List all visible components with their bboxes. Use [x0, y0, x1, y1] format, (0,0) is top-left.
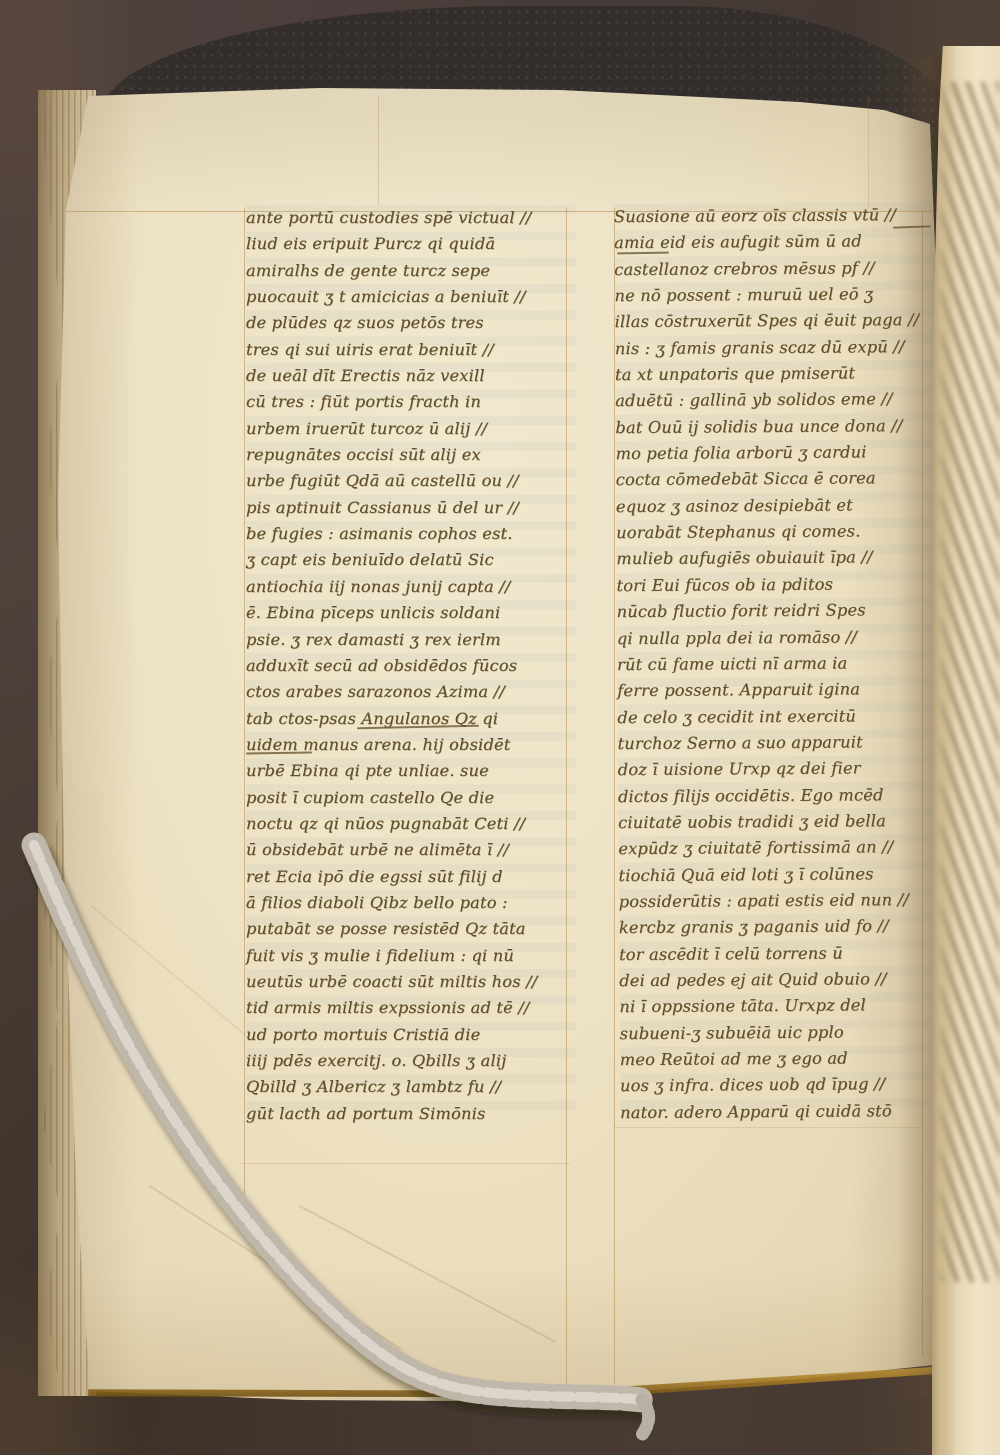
manuscript-text-line: cocta cōmedebāt Sicca ē corea: [616, 465, 934, 494]
ruling-line-vertical-top-margin: [868, 96, 869, 208]
manuscript-text-line: mulieb aufugiēs obuiauit īpa //: [616, 544, 934, 573]
manuscript-text-line: de celo ʒ cecidit int exercitū: [617, 702, 935, 731]
manuscript-text-line: cū tres : fiūt portis fracth in: [246, 389, 576, 415]
manuscript-text-line: tiochiā Quā eid loti ʒ ī colūnes: [618, 860, 936, 889]
ruling-line-horizontal-bottom-left: [240, 1163, 570, 1164]
manuscript-text-line: kercbz granis ʒ paganis uid fo //: [619, 913, 937, 942]
manuscript-text-line: aduētū : gallinā yb solidos eme //: [615, 386, 933, 415]
manuscript-text-line: ʒ capt eis beniuīdo delatū Sic: [246, 547, 576, 573]
manuscript-text-line: nūcab fluctio forit reidri Spes: [617, 597, 935, 626]
facing-page-edge: [932, 46, 1000, 1455]
manuscript-text-line: ud porto mortuis Cristiā die: [246, 1022, 576, 1048]
manuscript-text-line: equoz ʒ asinoz desipiebāt et: [616, 492, 934, 521]
manuscript-text-line: posit ī cupiom castello Qe die: [246, 785, 576, 811]
manuscript-text-line: ferre possent. Apparuit igina: [617, 676, 935, 705]
manuscript-text-line: putabāt se posse resistēd Qz tāta: [246, 916, 576, 942]
manuscript-text-line: adduxīt secū ad obsidēdos fūcos: [246, 653, 576, 679]
manuscript-text-line: ne nō possent : muruū uel eō ʒ: [614, 281, 932, 310]
manuscript-text-line: urbem iruerūt turcoz ū alij //: [246, 416, 576, 442]
text-column-left: ante portū custodies spē victual //liud …: [246, 205, 576, 1127]
manuscript-text-line: pis aptinuit Cassianus ū del ur //: [246, 495, 576, 521]
manuscript-text-line: ante portū custodies spē victual //: [246, 205, 576, 231]
manuscript-text-line: iiij pdēs exercitj. o. Qbills ʒ alij: [246, 1048, 576, 1074]
manuscript-text-line: rūt cū fame uicti nī arma ia: [617, 650, 935, 679]
manuscript-text-line: Suasione aū eorz oīs classis vtū //: [614, 202, 932, 231]
manuscript-text-line: uidem manus arena. hij obsidēt: [246, 732, 576, 758]
manuscript-text-line: tori Eui fūcos ob ia pditos: [616, 571, 934, 600]
manuscript-text-line: dei ad pedes ej ait Quid obuio //: [619, 966, 937, 995]
text-column-right: Suasione aū eorz oīs classis vtū //amia …: [614, 202, 938, 1126]
manuscript-text-line: possiderūtis : apati estis eid nun //: [619, 887, 937, 916]
manuscript-text-line: de ueāl dīt Erectis nāz vexill: [246, 363, 576, 389]
manuscript-text-line: uos ʒ infra. dices uob qd īpug //: [620, 1071, 938, 1100]
manuscript-text-line: meo Reūtoi ad me ʒ ego ad: [620, 1045, 938, 1074]
manuscript-text-line: ta xt unpatoris que pmiserūt: [615, 360, 933, 389]
manuscript-text-line: qi nulla ppla dei ia romāso //: [617, 623, 935, 652]
manuscript-text-line: liud eis eripuit Purcz qi quidā: [246, 231, 576, 257]
manuscript-text-line: ueutūs urbē coacti sūt miltis hos //: [246, 969, 576, 995]
manuscript-text-line: repugnātes occisi sūt alij ex: [246, 442, 576, 468]
manuscript-text-line: tres qi sui uiris erat beniuīt //: [246, 337, 576, 363]
beaded-cord-tail: [641, 1400, 649, 1436]
manuscript-text-line: antiochia iij nonas junij capta //: [246, 574, 576, 600]
manuscript-text-line: ū obsidebāt urbē ne alimēta ī //: [246, 837, 576, 863]
manuscript-text-line: ē. Ebina pīceps unlicis soldani: [246, 600, 576, 626]
manuscript-text-line: bat Ouū ij solidis bua unce dona //: [615, 413, 933, 442]
manuscript-text-line: de plūdes qz suos petōs tres: [246, 310, 576, 336]
manuscript-text-line: noctu qz qi nūos pugnabāt Ceti //: [246, 811, 576, 837]
ruling-line-horizontal-bottom-right: [614, 1127, 922, 1128]
manuscript-text-line: dictos filijs occidētis. Ego mcēd: [618, 781, 936, 810]
manuscript-text-line: Qbilld ʒ Albericz ʒ lambtz fu //: [246, 1074, 576, 1100]
manuscript-text-line: ctos arabes sarazonos Azima //: [246, 679, 576, 705]
manuscript-text-line: doz ī uisione Urxp qz dei fier: [618, 755, 936, 784]
manuscript-text-line: turchoz Serno a suo apparuit: [617, 729, 935, 758]
manuscript-text-line: expūdz ʒ ciuitatē fortissimā an //: [618, 834, 936, 863]
manuscript-text-line: ciuitatē uobis tradidi ʒ eid bella: [618, 808, 936, 837]
manuscript-text-line: psie. ʒ rex damasti ʒ rex ierlm: [246, 627, 576, 653]
manuscript-text-line: fuit vis ʒ mulie i fidelium : qi nū: [246, 943, 576, 969]
manuscript-text-line: puocauit ʒ t amicicias a beniuīt //: [246, 284, 576, 310]
manuscript-text-line: mo petia folia arborū ʒ cardui: [615, 439, 933, 468]
manuscript-text-line: nis : ʒ famis granis scaz dū expū //: [615, 334, 933, 363]
manuscript-text-line: gūt lacth ad portum Simōnis: [246, 1101, 576, 1127]
manuscript-photo: ante portū custodies spē victual //liud …: [0, 0, 1000, 1455]
manuscript-text-line: tor ascēdit ī celū torrens ū: [619, 940, 937, 969]
manuscript-text-line: nator. adero Apparū qi cuidā stō: [620, 1098, 938, 1127]
facing-page-highlight: [932, 46, 1000, 1455]
manuscript-text-line: illas cōstruxerūt Spes qi ēuit paga //: [615, 307, 933, 336]
manuscript-text-line: ni ī oppssione tāta. Urxpz del: [619, 992, 937, 1021]
manuscript-text-line: urbe fugiūt Qdā aū castellū ou //: [246, 468, 576, 494]
manuscript-text-line: subueni-ʒ subuēiā uic pplo: [619, 1019, 937, 1048]
manuscript-text-line: ret Ecia ipō die egssi sūt filij d: [246, 864, 576, 890]
manuscript-text-line: urbē Ebina qi pte unliae. sue: [246, 758, 576, 784]
manuscript-text-line: tid armis miltis expssionis ad tē //: [246, 995, 576, 1021]
manuscript-text-line: amiralhs de gente turcz sepe: [246, 258, 576, 284]
manuscript-text-line: castellanoz crebros mēsus pf //: [614, 255, 932, 284]
ruling-line-vertical-left: [244, 208, 245, 1194]
manuscript-text-line: uorabāt Stephanus qi comes.: [616, 518, 934, 547]
manuscript-text-line: be fugies : asimanis cophos est.: [246, 521, 576, 547]
parchment-crease: [378, 96, 379, 206]
manuscript-text-line: ā filios diaboli Qibz bello pato :: [246, 890, 576, 916]
